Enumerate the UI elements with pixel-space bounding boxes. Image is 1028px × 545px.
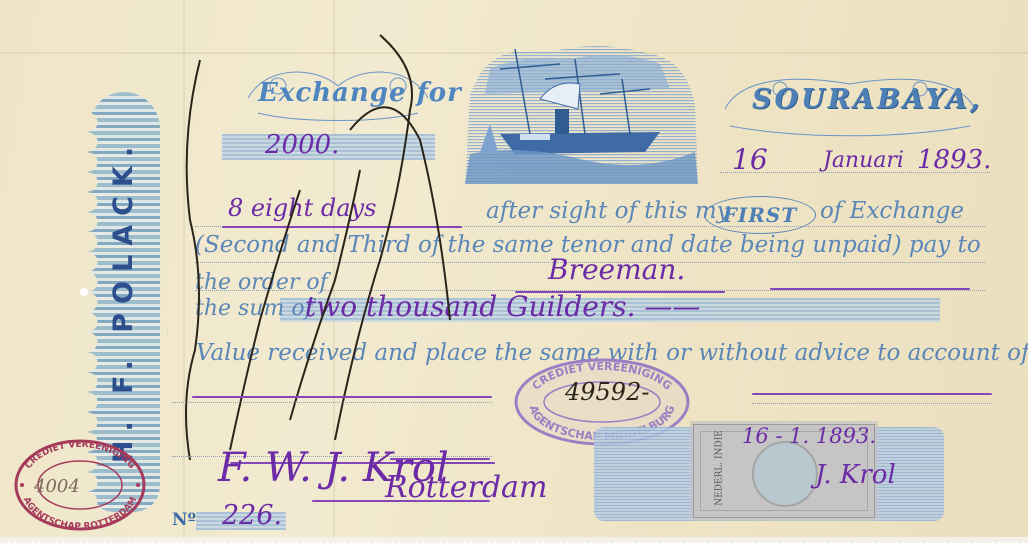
ink-rule <box>752 393 992 395</box>
revenue-stamp-date: 16 - 1. 1893. <box>742 424 876 448</box>
date-month: Januari <box>823 148 904 173</box>
drawer-city: Rotterdam <box>385 470 547 505</box>
copy-badge: FIRST <box>704 196 816 234</box>
perforated-edge <box>0 537 1028 545</box>
payee-name: Breeman. <box>548 253 685 286</box>
printed-text: of Exchange <box>820 198 964 224</box>
punch-hole <box>80 288 88 296</box>
coat-of-arms-icon <box>752 441 818 507</box>
ink-rule <box>192 396 492 398</box>
credit-stamp-number: 4004 <box>34 476 80 497</box>
svg-text:AGENTSCHAP ROTTERDAM: AGENTSCHAP ROTTERDAM <box>21 496 139 533</box>
text-rule <box>752 403 992 404</box>
svg-text:CREDIET VEREENIGING: CREDIET VEREENIGING <box>24 440 137 471</box>
place-of-issue: SOURABAYA, <box>752 84 982 115</box>
ink-rule <box>770 288 970 290</box>
bill-of-exchange: H. F. POLACK. ... Exchange for 2000. SOU… <box>0 0 1028 545</box>
text-rule <box>172 402 492 403</box>
number-value: 226. <box>222 500 282 531</box>
date-year: 1893. <box>917 145 991 175</box>
credit-stamp-number: 49592- <box>565 378 649 406</box>
number-label: Nº <box>172 510 196 530</box>
printed-text: after sight of this my <box>486 198 730 224</box>
firm-name: H. F. POLACK. <box>104 110 144 490</box>
steamship-vignette <box>460 34 700 184</box>
credit-vereeniging-rotterdam-stamp: CREDIET VEREENIGING AGENTSCHAP ROTTERDAM <box>10 435 150 535</box>
revenue-stamp-signature: J. Krol <box>815 460 896 490</box>
date-day: 16 <box>732 143 768 176</box>
endorsement-scrawl <box>150 20 470 480</box>
